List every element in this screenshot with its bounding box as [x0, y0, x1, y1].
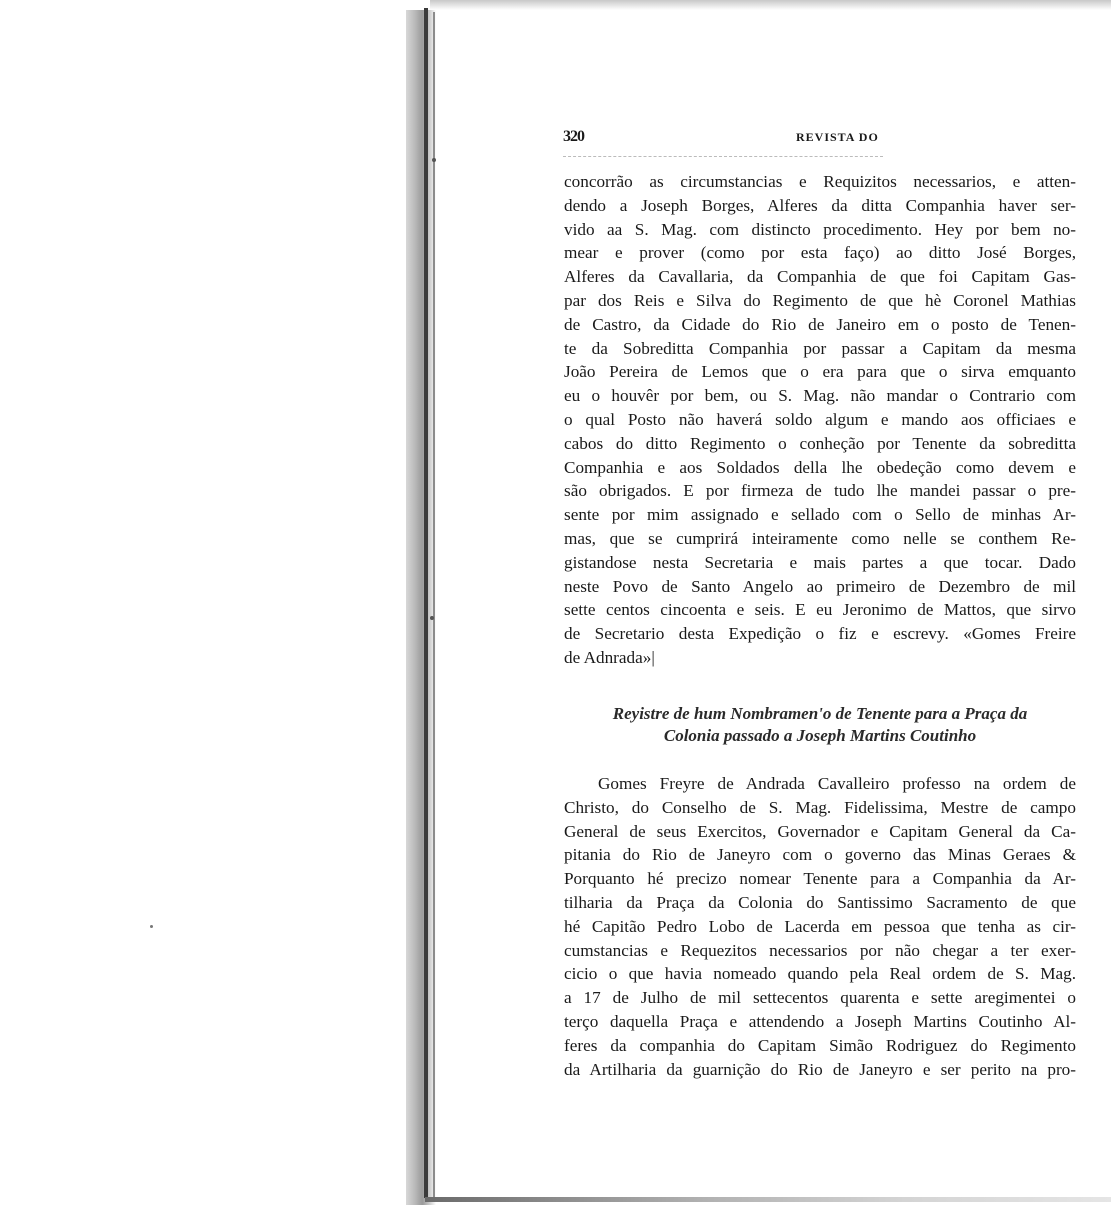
text-line: terço daquella Praça e attendendo a Jose… [564, 1010, 1076, 1034]
scan-speck [150, 925, 153, 928]
text-line: pitania do Rio de Janeyro com o governo … [564, 843, 1076, 867]
scan-speck [430, 616, 434, 620]
page-header: 320 REVISTA DO [563, 128, 1073, 148]
text-line: gistandose nesta Secretaria e mais parte… [564, 551, 1076, 575]
header-rule [563, 156, 883, 158]
text-line: hé Capitão Pedro Lobo de Lacerda em pess… [564, 915, 1076, 939]
text-line: Porquanto hé precizo nomear Tenente para… [564, 867, 1076, 891]
text-line: Gomes Freyre de Andrada Cavalleiro profe… [564, 772, 1076, 796]
text-line: te da Sobreditta Companhia por passar a … [564, 337, 1076, 361]
book-binding-shadow [406, 10, 436, 1205]
text-line: a 17 de Julho de mil settecentos quarent… [564, 986, 1076, 1010]
section-title-line: Reyistre de hum Nombramen'o de Tenente p… [564, 703, 1076, 725]
paragraph-1: concorrão as circumstancias e Requizitos… [564, 170, 1076, 670]
text-line: concorrão as circumstancias e Requizitos… [564, 170, 1076, 194]
text-line: mas, que se cumprirá inteiramente como n… [564, 527, 1076, 551]
paragraph-2: Gomes Freyre de Andrada Cavalleiro profe… [564, 772, 1076, 1081]
text-line: são obrigados. E por firmeza de tudo lhe… [564, 479, 1076, 503]
section-title-line: Colonia passado a Joseph Martins Coutinh… [564, 725, 1076, 747]
section-title: Reyistre de hum Nombramen'o de Tenente p… [564, 703, 1076, 747]
text-line: de Secretario desta Expedição o fiz e es… [564, 622, 1076, 646]
scan-speck [432, 158, 436, 162]
text-line: General de seus Exercitos, Governador e … [564, 820, 1076, 844]
text-line: sette centos cincoenta e seis. E eu Jero… [564, 598, 1076, 622]
text-line: João Pereira de Lemos que o era para que… [564, 360, 1076, 384]
book-binding-inner-edge [433, 12, 435, 1197]
text-line: Companhia e aos Soldados della lhe obede… [564, 456, 1076, 480]
page-number: 320 [563, 128, 584, 146]
text-line: cabos do ditto Regimento o conheção por … [564, 432, 1076, 456]
text-line: vido aa S. Mag. com distincto procedimen… [564, 218, 1076, 242]
text-line: de Adnrada»| [564, 646, 1076, 670]
text-line: da Artilharia da guarnição do Rio de Jan… [564, 1058, 1076, 1082]
text-line: o qual Posto não haverá soldo algum e ma… [564, 408, 1076, 432]
text-line: eu o houvêr por bem, ou S. Mag. não mand… [564, 384, 1076, 408]
page-bottom-edge [425, 1197, 1111, 1202]
text-line: par dos Reis e Silva do Regimento de que… [564, 289, 1076, 313]
page-top-edge [430, 0, 1111, 10]
text-line: cicio o que havia nomeado quando pela Re… [564, 962, 1076, 986]
text-line: feres da companhia do Capitam Simão Rodr… [564, 1034, 1076, 1058]
text-line: cumstancias e Requezitos necessarios por… [564, 939, 1076, 963]
text-line: de Castro, da Cidade do Rio de Janeiro e… [564, 313, 1076, 337]
text-line: Alferes da Cavallaria, da Companhia de q… [564, 265, 1076, 289]
text-line: tilharia da Praça da Colonia do Santissi… [564, 891, 1076, 915]
text-line: neste Povo de Santo Angelo ao primeiro d… [564, 575, 1076, 599]
book-binding-edge [424, 8, 428, 1198]
text-line: sente por mim assignado e sellado com o … [564, 503, 1076, 527]
text-line: dendo a Joseph Borges, Alferes da ditta … [564, 194, 1076, 218]
running-head: REVISTA DO [796, 130, 879, 145]
text-line: mear e prover (como por esta faço) ao di… [564, 241, 1076, 265]
text-line: Christo, do Conselho de S. Mag. Fideliss… [564, 796, 1076, 820]
